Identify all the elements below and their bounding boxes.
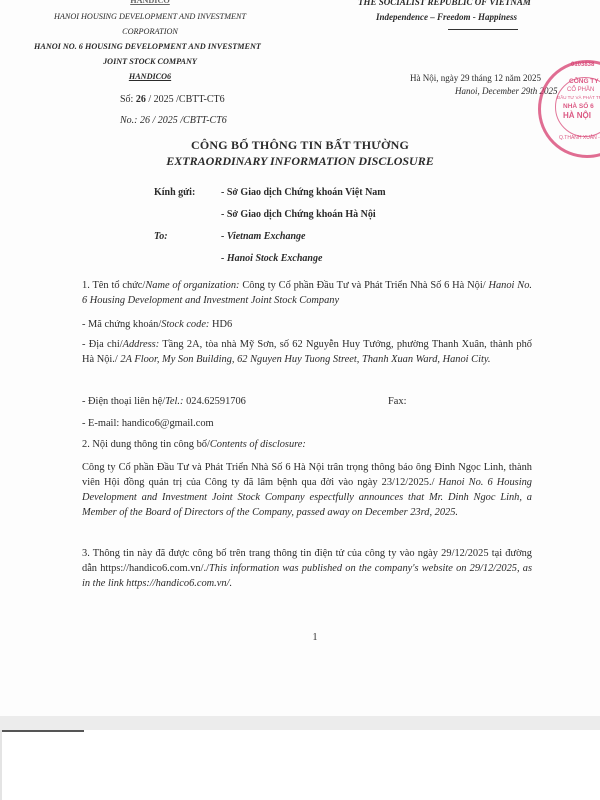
stamp-line5: HÀ NỘI [563, 111, 591, 120]
doc-number-label: Số: [120, 94, 133, 105]
email-value[interactable]: handico6@gmail.com [119, 418, 213, 429]
recipient-en-2: - Hanoi Stock Exchange [221, 253, 322, 264]
company-name-line2: JOINT STOCK COMPANY [0, 57, 300, 66]
contents-label: 2. Nội dung thông tin công bố/ [82, 439, 210, 450]
document-page: HANDICO HANOI HOUSING DEVELOPMENT AND IN… [0, 0, 600, 716]
motto-underline [448, 29, 518, 30]
contents-label-en: Contents of disclosure: [210, 439, 306, 450]
stock-code: - Mã chứng khoán/Stock code: HD6 [82, 317, 532, 332]
parent-org-abbr: HANDICO [0, 0, 300, 5]
title-en: EXTRAORDINARY INFORMATION DISCLOSURE [0, 154, 600, 169]
recipients-label-vi: Kính gửi: [154, 187, 195, 198]
email: - E-mail: handico6@gmail.com [82, 416, 532, 431]
fax-label: Fax: [388, 394, 406, 409]
address-label: - Địa chỉ/ [82, 339, 123, 350]
doc-number-en: No.: 26 / 2025 /CBTT-CT6 [120, 115, 227, 126]
tel-label-en: Tel.: [165, 396, 183, 407]
parent-org-line2: CORPORATION [0, 27, 300, 36]
republic-title: THE SOCIALIST REPUBLIC OF VIETNAM [358, 0, 531, 7]
recipient-en-1: - Vietnam Exchange [221, 231, 305, 242]
address: - Địa chỉ/Address: Tầng 2A, tòa nhà Mỹ S… [82, 337, 532, 367]
recipient-vi-2: - Sở Giao dịch Chứng khoán Hà Nội [221, 209, 376, 220]
company-name-line1: HANOI NO. 6 HOUSING DEVELOPMENT AND INVE… [34, 42, 261, 51]
next-page-edge [0, 730, 2, 800]
parent-org-line1: HANOI HOUSING DEVELOPMENT AND INVESTMENT [0, 12, 300, 21]
next-page-top-rule [0, 730, 84, 732]
email-label: - E-mail: [82, 418, 119, 429]
org-value-vi: Công ty Cổ phần Đầu Tư và Phát Triển Nhà… [240, 280, 489, 291]
contents-heading: 2. Nội dung thông tin công bố/Contents o… [82, 437, 532, 452]
stamp-code: 0103838 [571, 62, 594, 68]
title-vi: CÔNG BỐ THÔNG TIN BẤT THƯỜNG [0, 138, 600, 153]
doc-number-suffix: / 2025 /CBTT-CT6 [148, 94, 224, 105]
address-label-en: Address: [123, 339, 160, 350]
recipients-label-en: To: [154, 231, 168, 242]
stock-label: - Mã chứng khoán/ [82, 319, 161, 330]
stock-value: HD6 [209, 319, 232, 330]
contents-body: Công ty Cổ phần Đầu Tư và Phát Triển Nhà… [82, 460, 532, 520]
stamp-line3: ĐẦU TƯ VÀ PHÁT TRIỂN [557, 95, 600, 100]
address-en: 2A Floor, My Son Building, 62 Nguyen Huy… [120, 354, 490, 365]
page-separator [0, 716, 600, 730]
stamp-line2: CỔ PHẦN [567, 87, 594, 93]
org-label: 1. Tên tổ chức/ [82, 280, 145, 291]
stock-label-en: Stock code: [161, 319, 209, 330]
company-abbr: HANDICO6 [0, 72, 300, 81]
publication-note: 3. Thông tin này đã được công bố trên tr… [82, 546, 532, 591]
doc-number-vi: Số: 26 / 2025 /CBTT-CT6 [120, 94, 225, 105]
doc-number-value: 26 [136, 94, 146, 105]
organization-name: 1. Tên tổ chức/Name of organization: Côn… [82, 278, 532, 308]
stamp-line4: NHÀ SỐ 6 [563, 103, 594, 110]
recipient-vi-1: - Sở Giao dịch Chứng khoán Việt Nam [221, 187, 386, 198]
tel-label: - Điện thoại liên hệ/ [82, 396, 165, 407]
date-vi: Hà Nội, ngày 29 tháng 12 năm 2025 [410, 73, 541, 83]
motto: Independence – Freedom - Happiness [376, 12, 517, 22]
org-label-en: Name of organization: [145, 280, 239, 291]
telephone: - Điện thoại liên hệ/Tel.: 024.62591706 [82, 394, 532, 409]
page-number: 1 [0, 632, 600, 643]
tel-value: 024.62591706 [184, 396, 246, 407]
stamp-line1: CÔNG TY [569, 78, 599, 85]
